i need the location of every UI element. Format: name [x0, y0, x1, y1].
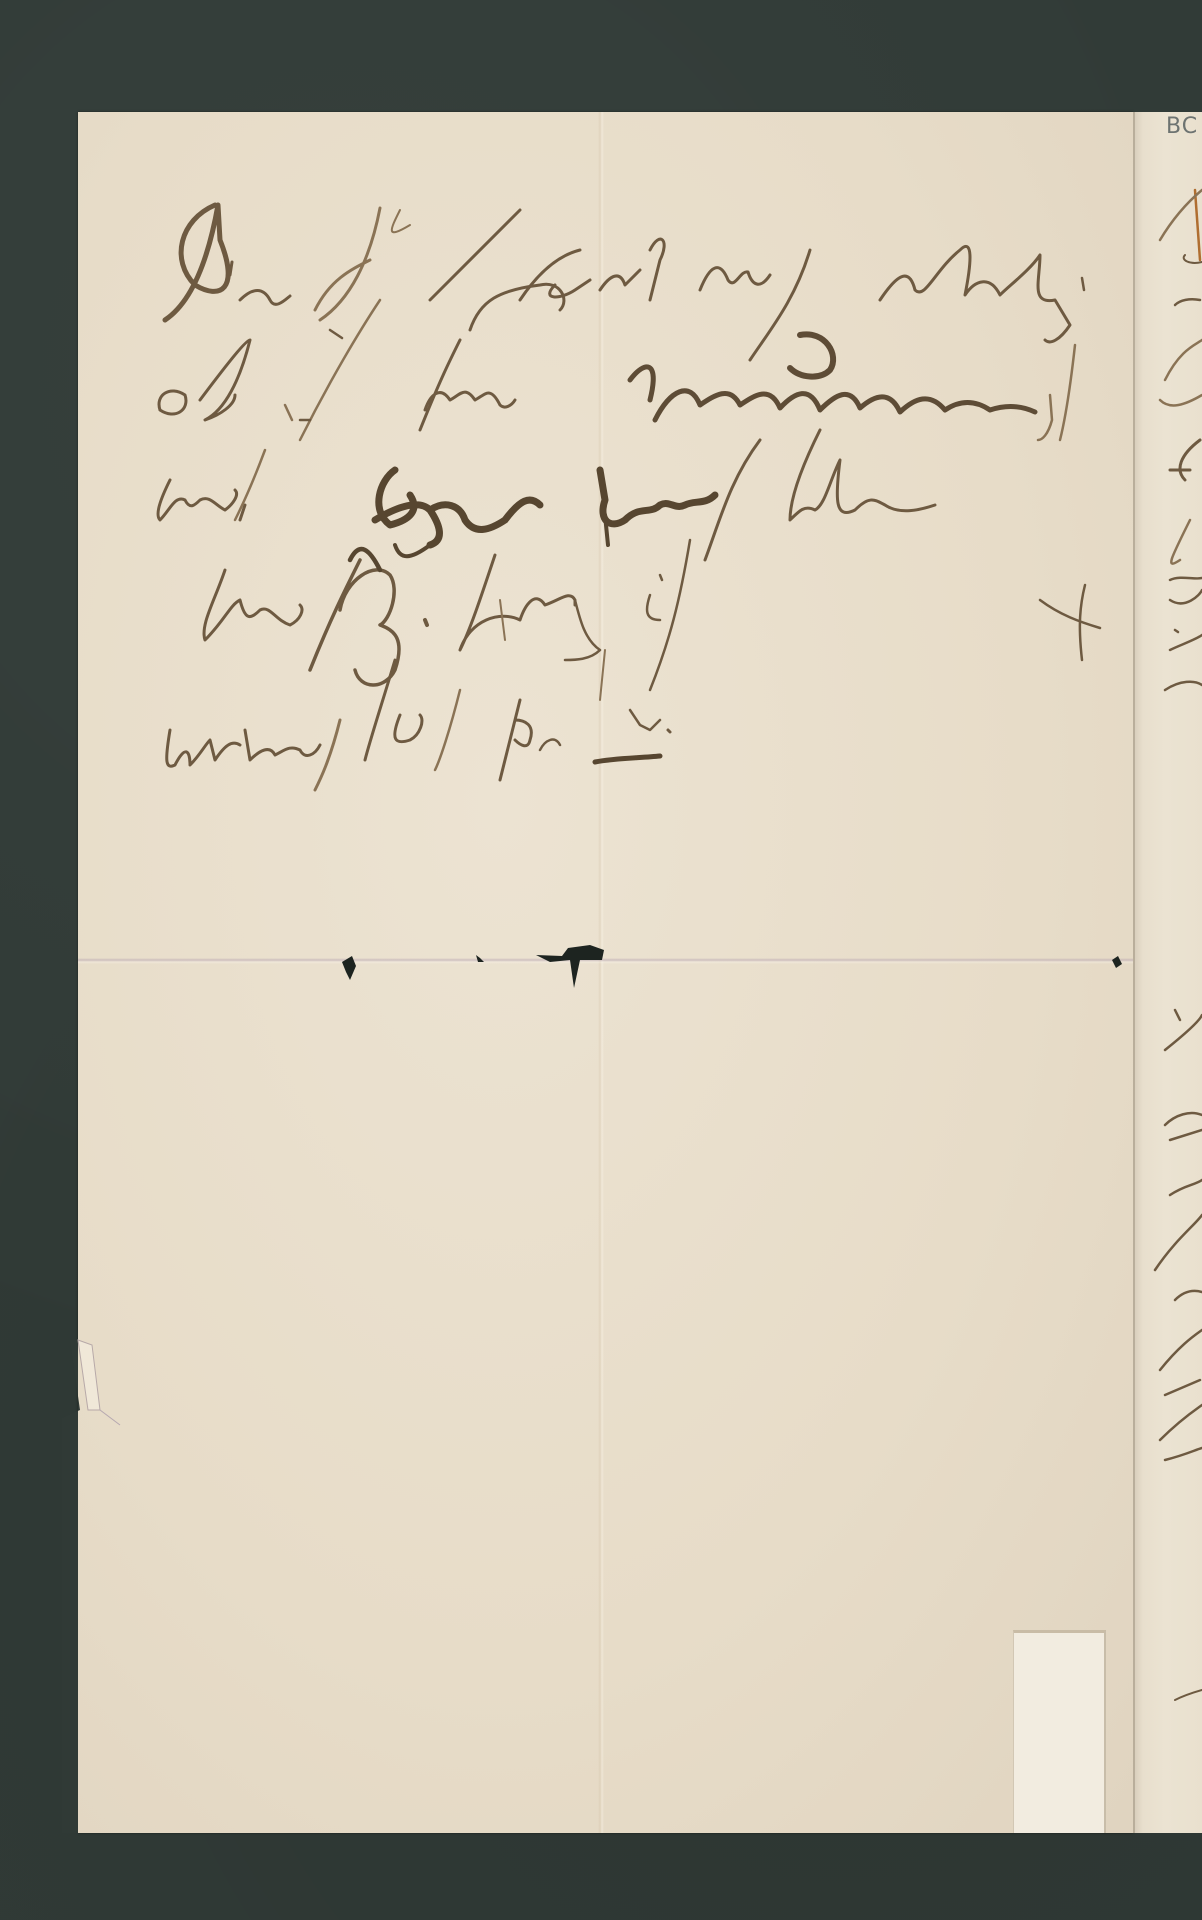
handwriting-ink — [0, 0, 1202, 1920]
